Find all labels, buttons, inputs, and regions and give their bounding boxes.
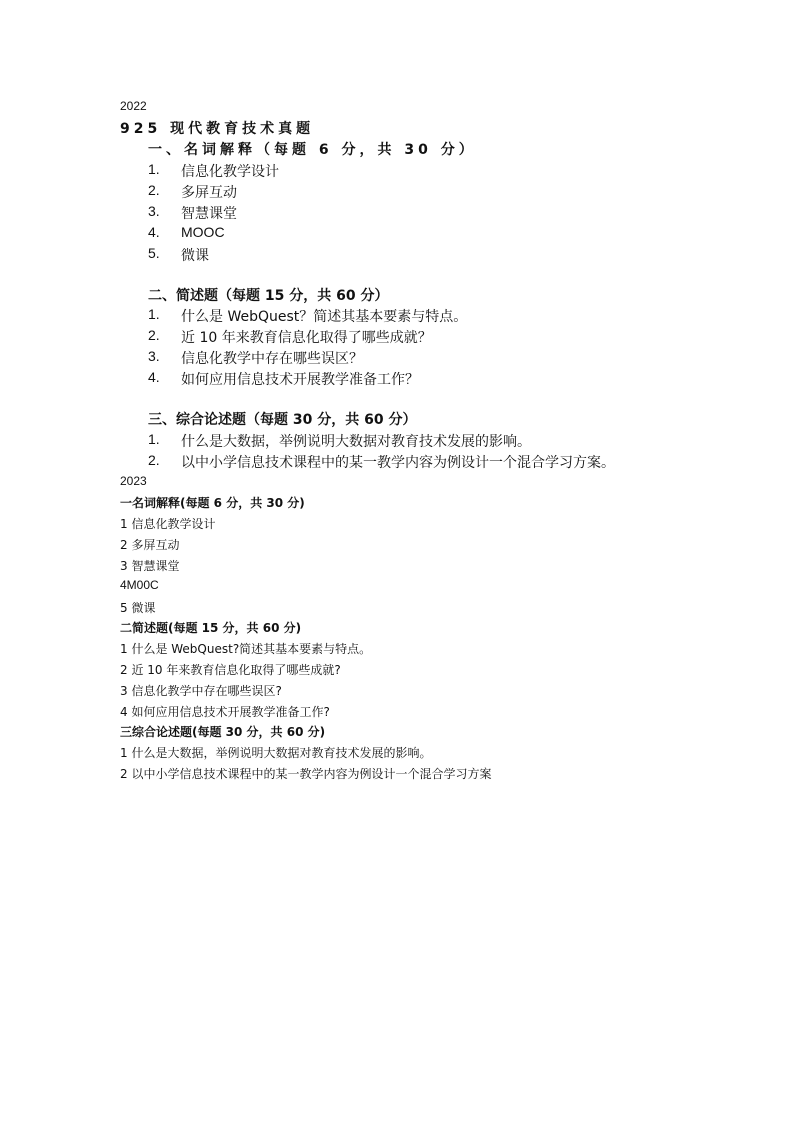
s2023-part2-item: 1 什么是 WebQuest?简述其基本要素与特点。 [120,640,371,657]
part1-item-num: 2. [148,182,160,198]
s2023-part1-item: 1 信息化教学设计 [120,515,215,532]
s2023-part2-item: 3 信息化教学中存在哪些误区? [120,682,282,699]
part3-item-text: 以中小学信息技术课程中的某一教学内容为例设计一个混合学习方案。 [181,452,615,472]
part1-item-num: 1. [148,161,160,177]
s2023-part1-item: 3 智慧课堂 [120,557,179,574]
document-title: 925 现代教育技术真题 [120,118,314,138]
part2-item-num: 2. [148,327,160,343]
part2-item-text: 信息化教学中存在哪些误区？ [181,348,363,368]
s2023-part2-item: 2 近 10 年来教育信息化取得了哪些成就? [120,661,341,678]
part3-item-num: 1. [148,431,160,447]
part3-item-text: 什么是大数据，举例说明大数据对教育技术发展的影响。 [181,431,531,451]
year-2023-label: 2023 [120,474,147,488]
part1-heading: 一、名词解释（每题 6 分，共 30 分） [148,139,477,159]
s2023-part2-heading: 二简述题(每题 15 分，共 60 分) [120,619,301,636]
s2023-part1-heading: 一名词解释(每题 6 分，共 30 分) [120,494,305,511]
part2-item-num: 1. [148,306,160,322]
part2-item-text: 如何应用信息技术开展教学准备工作？ [181,369,419,389]
part3-heading: 三、综合论述题（每题 30 分，共 60 分） [148,409,416,429]
part1-item-text: 智慧课堂 [181,203,237,223]
part2-item-num: 4. [148,369,160,385]
part2-item-text: 近 10 年来教育信息化取得了哪些成就？ [181,327,432,347]
s2023-part1-item: 2 多屏互动 [120,536,179,553]
s2023-part3-item: 1 什么是大数据，举例说明大数据对教育技术发展的影响。 [120,744,431,761]
part2-heading: 二、简述题（每题 15 分，共 60 分） [148,285,388,305]
s2023-part1-item: 4M00C [120,578,159,592]
part2-item-text: 什么是 WebQuest？简述其基本要素与特点。 [181,306,467,326]
part1-item-text: 信息化教学设计 [181,161,279,181]
s2023-part3-heading: 三综合论述题(每题 30 分，共 60 分) [120,723,325,740]
s2023-part1-item: 5 微课 [120,599,155,616]
part1-item-num: 3. [148,203,160,219]
part1-item-num: 5. [148,245,160,261]
part1-item-text: 微课 [181,245,209,265]
s2023-part2-item: 4 如何应用信息技术开展教学准备工作? [120,703,330,720]
s2023-part3-item: 2 以中小学信息技术课程中的某一教学内容为例设计一个混合学习方案 [120,765,491,782]
part1-item-text: 多屏互动 [181,182,237,202]
part1-item-text: MOOC [181,224,225,240]
part2-item-num: 3. [148,348,160,364]
year-2022-label: 2022 [120,99,147,113]
part1-item-num: 4. [148,224,160,240]
document-page: 2022 925 现代教育技术真题 一、名词解释（每题 6 分，共 30 分） … [0,0,793,1122]
part3-item-num: 2. [148,452,160,468]
